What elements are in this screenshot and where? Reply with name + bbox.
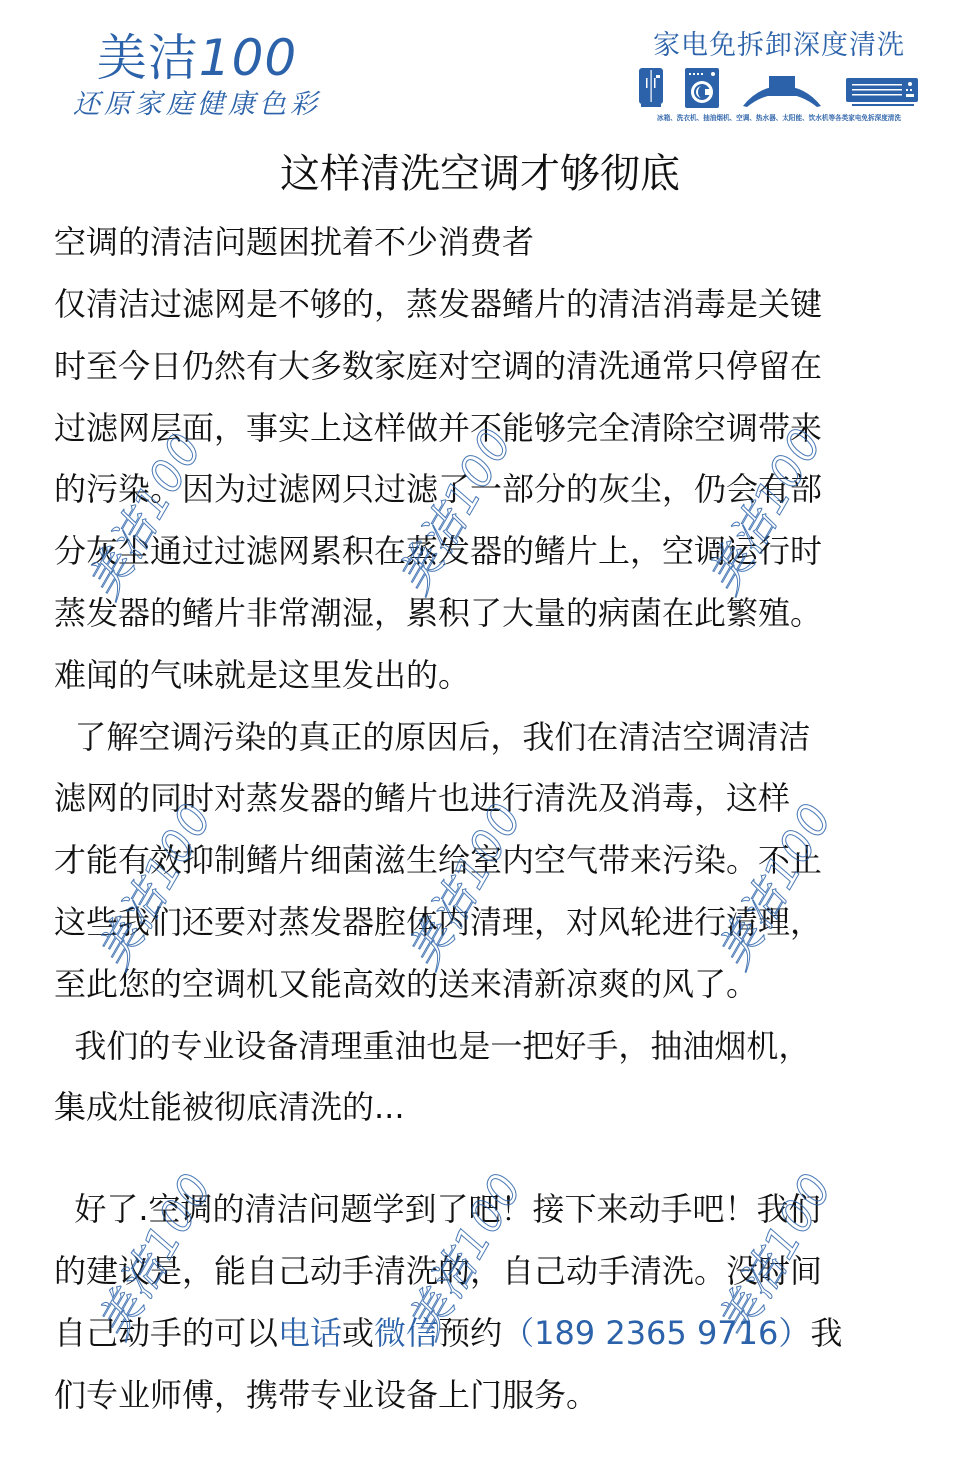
paragraph-line: 过滤网层面，事实上这样做并不能够完全清除空调带来	[54, 398, 924, 460]
paragraph-line: 仅清洁过滤网是不够的，蒸发器鳍片的清洁消毒是关键	[54, 274, 924, 336]
paragraph-line: 的污染。因为过滤网只过滤了一部分的灰尘，仍会有部	[54, 459, 924, 521]
paragraph-line: 难闻的气味就是这里发出的。	[54, 645, 924, 707]
article-body: 空调的清洁问题困扰着不少消费者 仅清洁过滤网是不够的，蒸发器鳍片的清洁消毒是关键…	[54, 214, 924, 1426]
paragraph-line: 时至今日仍然有大多数家庭对空调的清洗通常只停留在	[54, 336, 924, 398]
closing-line: 的建议是，能自己动手清洗的，自己动手清洗。没时间	[54, 1241, 924, 1303]
closing-line: 们专业师傅，携带专业设备上门服务。	[54, 1365, 924, 1427]
wechat-link[interactable]: 微信	[374, 1314, 438, 1352]
paragraph-line: 这些我们还要对蒸发器腔体内清理，对风轮进行清理，	[54, 892, 924, 954]
promo-banner: 家电免拆卸深度清洗	[634, 28, 924, 124]
paragraph-line: 才能有效抑制鳍片细菌滋生给室内空气带来污染。不止	[54, 830, 924, 892]
brand-logo: 美洁100 还原家庭健康色彩	[42, 30, 352, 122]
promo-title: 家电免拆卸深度清洗	[634, 28, 924, 64]
paragraph-line: 滤网的同时对蒸发器的鳍片也进行清洗及消毒，这样	[54, 768, 924, 830]
brand-name-cn: 美洁	[97, 29, 199, 87]
paragraph-line: 分灰尘通过过滤网累积在蒸发器的鳍片上，空调运行时	[54, 521, 924, 583]
closing-line-contact: 自己动手的可以电话或微信预约（189 2365 9716）我	[54, 1303, 924, 1365]
air-conditioner-icon	[846, 78, 920, 108]
brand-slogan: 还原家庭健康色彩	[42, 88, 352, 122]
promo-caption: 冰箱、洗衣机、抽油烟机、空调、热水器、太阳能、饮水机等各类家电免拆深度清洗	[634, 112, 924, 124]
paragraph-line: 至此您的空调机又能高效的送来清新凉爽的风了。	[54, 954, 924, 1016]
article-title: 这样清洗空调才够彻底	[0, 146, 960, 202]
phone-number[interactable]: （189 2365 9716）	[502, 1314, 810, 1352]
paragraph-line: 空调的清洁问题困扰着不少消费者	[54, 214, 924, 270]
phone-link[interactable]: 电话	[278, 1314, 342, 1352]
range-hood-icon	[739, 76, 825, 108]
brand-name-number: 100	[199, 29, 297, 87]
paragraph-line: 集成灶能被彻底清洗的...	[54, 1077, 924, 1139]
paragraph-line: 我们的专业设备清理重油也是一把好手，抽油烟机，	[54, 1016, 924, 1078]
brand-name: 美洁100	[42, 30, 352, 86]
paragraph-line: 了解空调污染的真正的原因后，我们在清洁空调清洁	[54, 707, 924, 769]
appliance-icons	[634, 66, 924, 108]
washing-machine-icon	[685, 68, 719, 108]
closing-line: 好了.空调的清洁问题学到了吧！接下来动手吧！我们	[54, 1179, 924, 1241]
refrigerator-icon	[638, 68, 664, 108]
paragraph-line: 蒸发器的鳍片非常潮湿，累积了大量的病菌在此繁殖。	[54, 583, 924, 645]
